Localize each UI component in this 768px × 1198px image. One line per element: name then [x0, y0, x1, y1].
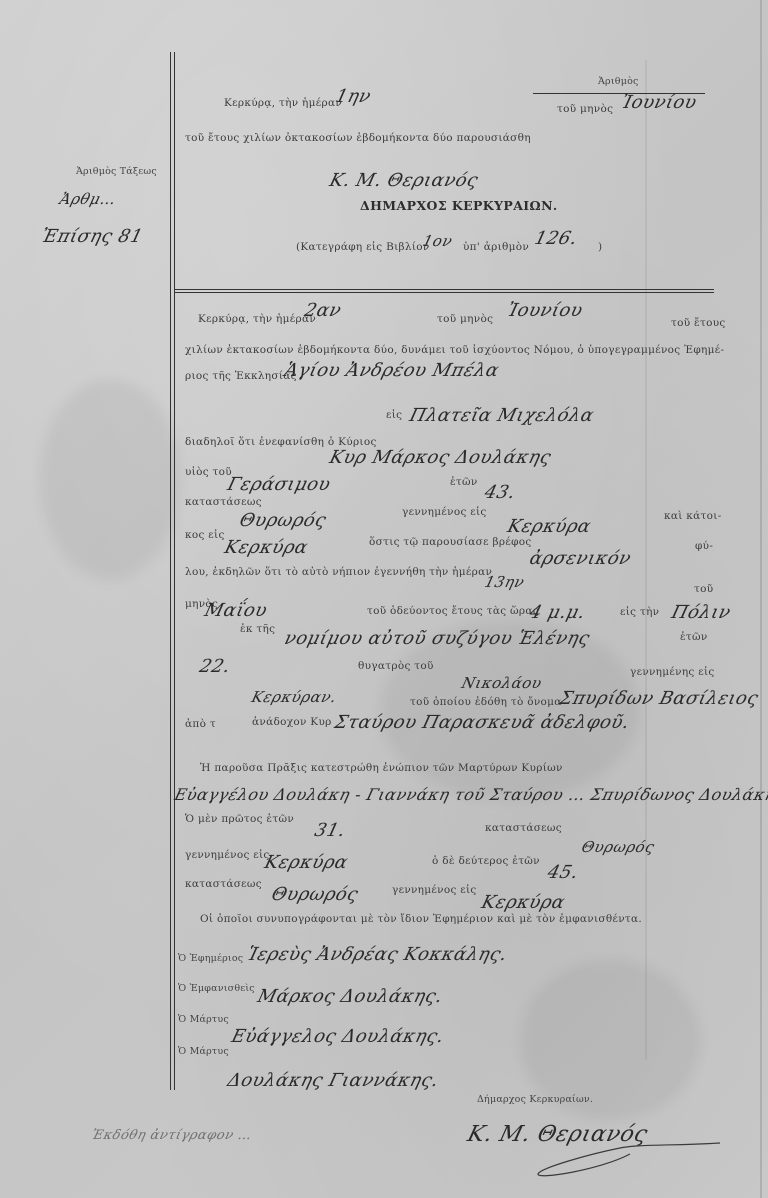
- row12-name-given-label: τοῦ ὁποίου ἐδόθη τὸ ὄνομα: [410, 696, 562, 708]
- row7-residence-hand: Κερκύρα: [222, 537, 310, 558]
- row9-hour-hand: 4 μ.μ.: [527, 602, 587, 623]
- top-mayor-title: ΔΗΜΑΡΧΟΣ ΚΕΡΚΥΡΑΙΩΝ.: [360, 198, 558, 213]
- row11-born-label: γεννημένης εἰς: [630, 666, 715, 678]
- signature-label-witness-1: Ὁ Μάρτυς: [178, 1014, 229, 1025]
- signature-label-declarant: Ὁ Ἐμφανισθεὶς: [178, 983, 255, 994]
- row5-age-hand: 43.: [482, 482, 517, 503]
- paper-stain: [40, 380, 180, 580]
- row4-declarant-hand: Κυρ Μάρκος Δουλάκης: [327, 447, 553, 468]
- row5-age-label: ἐτῶν: [450, 476, 478, 488]
- top-month-label: τοῦ μηνὸς: [557, 103, 613, 115]
- top-mayor-signature: Κ. Μ. Θεριανός: [327, 170, 480, 191]
- bleed-through-rule: [645, 60, 647, 1060]
- signature-flourish: [530, 1140, 730, 1180]
- row8-sex-label: φύ-: [695, 540, 713, 552]
- first-witness-status-label: καταστάσεως: [485, 822, 562, 834]
- margin-rule-right: [174, 52, 175, 1090]
- second-witness-age-label: ὁ δὲ δεύτερος ἐτῶν: [432, 855, 540, 867]
- row0-month-label: τοῦ μηνὸς: [437, 313, 493, 325]
- section-divider-bottom: [174, 292, 714, 293]
- row8-of-label: τοῦ: [694, 583, 713, 595]
- row9-in-label: εἰς τὴν: [620, 606, 659, 618]
- row6-status-hand: Θυρωρός: [237, 510, 328, 531]
- row12-child-name-hand: Σπυρίδων Βασίλειος: [557, 688, 760, 709]
- top-line2: τοῦ ἔτους χιλίων ὀκτακοσίων ἑβδομήκοντα …: [185, 132, 531, 144]
- first-witness-age-hand: 31.: [312, 820, 347, 841]
- registry-suffix: ): [598, 241, 602, 253]
- witness-names-hand: Εὐαγγέλου Δουλάκη - Γιαννάκη τοῦ Σταύρου…: [173, 785, 768, 804]
- row5-father-hand: Γεράσιμου: [225, 474, 332, 495]
- row7-resident-cont: κος εἰς: [185, 529, 225, 541]
- row8-born-day-label: λου, ἐκδηλῶν ὅτι τὸ αὐτὸ νήπιον ἐγεννήθη…: [185, 566, 492, 578]
- registry-number-hand: 126.: [532, 228, 579, 249]
- signature-label-priest: Ὁ Ἐφημέριος: [178, 953, 243, 964]
- row6-born-hand: Κερκύρα: [505, 516, 593, 537]
- signature-declarant-hand: Μάρκος Δουλάκης.: [255, 986, 445, 1007]
- cosign-line: Οἱ ὁποῖοι συνυπογράφονται μὲ τὸν ἴδιον Ἐ…: [200, 913, 642, 925]
- signature-priest-hand: Ἱερεὺς Ἀνδρέας Κοκκάλης.: [245, 944, 509, 965]
- mayor-label: Δήμαρχος Κερκυραίων.: [477, 1094, 593, 1105]
- row5-son-of-label: υἱὸς τοῦ: [185, 466, 232, 478]
- number-label: Ἀριθμὸς: [598, 76, 639, 87]
- second-witness-age-hand: 45.: [545, 862, 580, 883]
- row2-church-hand: Ἁγίου Ἀνδρέου Μπέλα: [282, 360, 501, 381]
- row6-status-label: καταστάσεως: [185, 496, 262, 508]
- second-witness-status-label: καταστάσεως: [185, 878, 262, 890]
- row7-presented-label: ὅστις τῷ παρουσίασε βρέφος: [369, 536, 532, 548]
- row6-resident-label: καὶ κάτοι-: [664, 510, 722, 522]
- registry-prefix: (Κατεγράφη εἰς Βιβλίον: [296, 241, 430, 253]
- signature-witness-2-hand: Δουλάκης Γιαννάκης.: [225, 1070, 441, 1091]
- row11-mother-age-hand: 22.: [197, 656, 232, 677]
- row3-at-label: εἰς: [386, 409, 402, 421]
- registry-number-label: ὑπ' ἀριθμὸν: [463, 241, 529, 253]
- margin-rule-left: [170, 52, 171, 1090]
- row1-text: χιλίων ἐκτακοσίων ἑβδομήκοντα δύο, δυνάμ…: [185, 344, 724, 356]
- row0-date-label: Κερκύρᾳ, τὴν ἡμέραν: [198, 313, 316, 325]
- section-divider-top: [174, 289, 714, 290]
- row10-from-label: ἐκ τῆς: [240, 623, 275, 635]
- first-witness-born-label: γεννημένος εἰς: [185, 849, 270, 861]
- first-witness-age-label: Ὁ μὲν πρῶτος ἐτῶν: [185, 813, 294, 825]
- row2-church-label: ριος τῆς Ἐκκλησίας: [185, 370, 297, 382]
- row9-month-hand: Μαΐου: [202, 600, 269, 621]
- row12-mother-born-hand: Κερκύραν.: [250, 688, 339, 706]
- first-witness-status-hand: Θυρωρός: [580, 838, 657, 856]
- witness-intro: Ἡ παροῦσα Πρᾶξις κατεστρώθη ἐνώπιον τῶν …: [200, 762, 563, 774]
- second-witness-born-hand: Κερκύρα: [479, 892, 567, 913]
- row9-hour-label: τοῦ ὁδεύοντος ἔτους τὰς ὥρας: [367, 605, 539, 617]
- top-day-hand: 1ην: [333, 86, 373, 107]
- row13-godparent-label: ἀνάδοχον Κυρ: [252, 716, 332, 728]
- row0-day-hand: 2αν: [302, 300, 343, 321]
- second-witness-status-hand: Θυρωρός: [269, 884, 360, 905]
- first-witness-born-hand: Κερκύρα: [262, 852, 350, 873]
- second-witness-born-label: γεννημένος εἰς: [392, 884, 477, 896]
- row7-sex-hand: ἀρσενικόν: [527, 548, 633, 569]
- row0-month-hand: Ἰουνίου: [505, 300, 585, 321]
- row0-year-label: τοῦ ἔτους: [671, 317, 726, 329]
- margin-footer-note-hand: Ἐκδόθη ἀντίγραφον …: [90, 1128, 253, 1143]
- row10-mother-hand: νομίμου αὐτοῦ συζύγου Ἑλένης: [282, 628, 592, 649]
- row13-from-label: ἀπὸ τ: [185, 718, 216, 730]
- row8-day-hand: 13ην: [483, 573, 527, 591]
- top-line1-prefix: Κερκύρᾳ, τὴν ἡμέραν: [224, 97, 342, 109]
- registry-book-hand: 1ον: [421, 232, 455, 250]
- signature-witness-1-hand: Εὐάγγελος Δουλάκης.: [229, 1026, 446, 1047]
- row9-place-hand: Πόλιν: [669, 602, 733, 623]
- row6-born-label: γεννημένος εἰς: [402, 506, 487, 518]
- row10-age-label: ἐτῶν: [680, 631, 708, 643]
- row13-godparent-hand: Σταύρου Παρασκευᾶ ἀδελφοῦ.: [332, 712, 631, 733]
- signature-label-witness-2: Ὁ Μάρτυς: [178, 1046, 229, 1057]
- row11-grandfather-hand: Νικολάου: [460, 674, 544, 692]
- row11-daughter-of-label: θυγατρὸς τοῦ: [358, 660, 434, 672]
- page-edge: [760, 0, 762, 1198]
- class-number-label: Ἀριθμὸς Τάξεως: [76, 166, 157, 177]
- class-number-hand-2: Ἐπίσης 81: [39, 226, 145, 247]
- top-month-hand: Ἰουνίου: [619, 92, 699, 113]
- class-number-hand-1: Ἀρθμ…: [58, 190, 118, 208]
- row3-location-hand: Πλατεῖα Μιχελόλα: [407, 405, 596, 426]
